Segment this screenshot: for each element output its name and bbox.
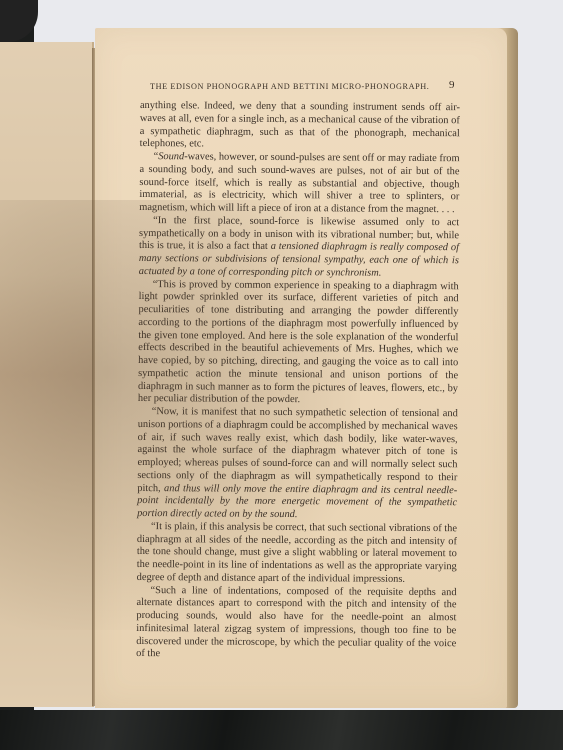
page-number: 9 [449,79,455,91]
paragraph: “Sound-waves, however, or sound-pulses a… [139,151,459,217]
running-head: THE EDISON PHONOGRAPH AND BETTINI MICRO-… [150,82,460,91]
text-segment: -waves, however, or sound-pulses are sen… [139,151,459,215]
italic-text: Sound [158,151,184,162]
marble-table-surface [0,710,563,750]
text-segment: “This is proved by common experience in … [138,279,459,406]
paragraph: “Now, it is manifest that no such sympat… [137,406,458,523]
text-segment: “Now, it is manifest that no such sympat… [137,406,458,494]
paragraph: “This is proved by common experience in … [138,278,459,408]
italic-text: and thus will only move the entire diaph… [137,483,457,520]
text-segment: anything else. Indeed, we deny that a so… [140,100,460,150]
dark-surface-corner [0,0,38,42]
body-text: anything else. Indeed, we deny that a so… [136,100,460,663]
paragraph: anything else. Indeed, we deny that a so… [140,100,460,153]
left-book-page [0,42,94,707]
paragraph: “In the first place, sound-force is like… [139,215,459,281]
paragraph: “It is plain, if this analysis be correc… [137,521,457,587]
text-segment: “Such a line of indentations, composed o… [136,585,457,660]
text-segment: “It is plain, if this analysis be correc… [137,521,457,585]
paragraph: “Such a line of indentations, composed o… [136,584,457,663]
